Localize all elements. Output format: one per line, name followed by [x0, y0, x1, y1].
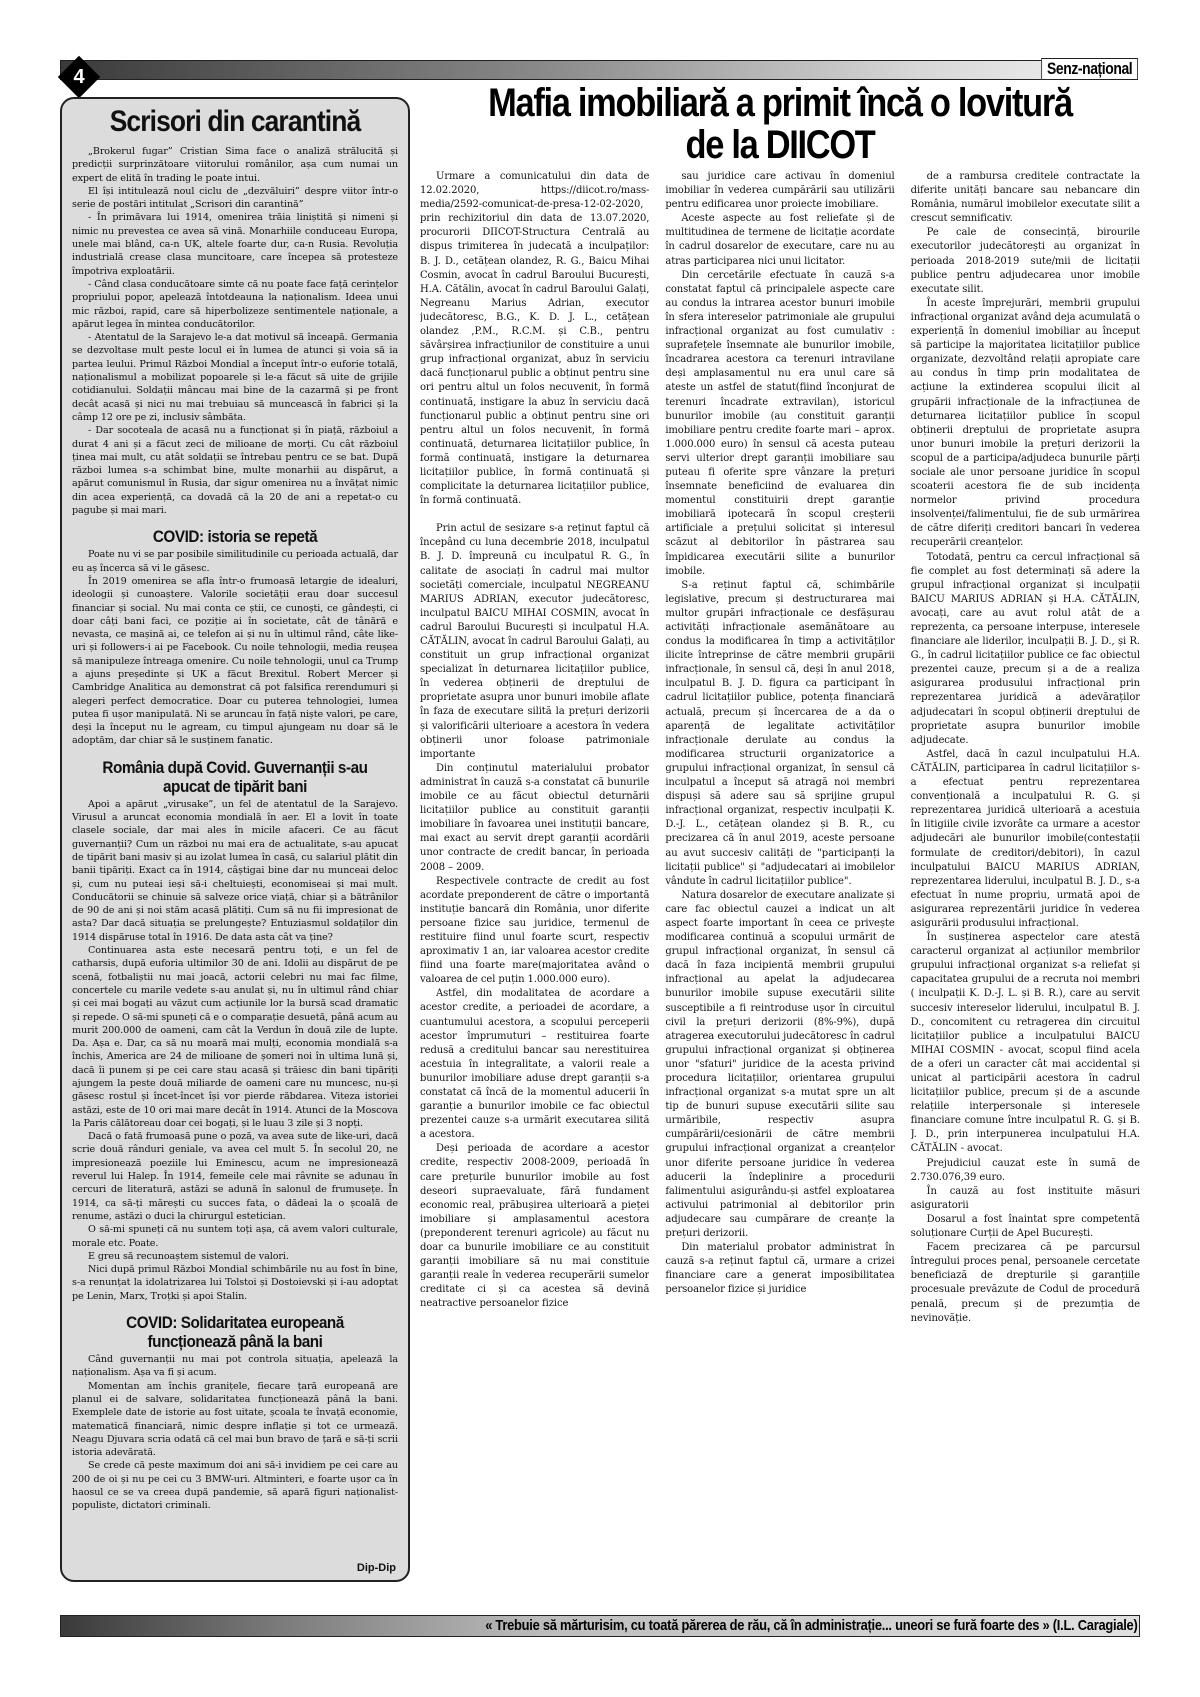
article-paragraph: Prin actul de sesizare s-a reținut faptu…	[420, 522, 649, 762]
header-bar	[60, 60, 1138, 80]
article-paragraph: Respectivele contracte de credit au fost…	[420, 875, 649, 988]
article-column-2: sau juridice care activau în domeniul im…	[665, 170, 894, 1590]
article-paragraph: În susținerea aspectelor care atestă car…	[911, 931, 1140, 1157]
sidebar-paragraph: Se crede că peste maximum doi ani să-i i…	[72, 1459, 398, 1512]
page-number: 4	[64, 62, 94, 92]
sidebar-paragraph: - În primăvara lui 1914, omenirea trăia …	[72, 211, 398, 277]
article-column-3: de a rambursa creditele contractate la d…	[911, 170, 1140, 1590]
article-paragraph: Dosarul a fost înaintat spre competentă …	[911, 1213, 1140, 1241]
sidebar-paragraph: „Brokerul fugar” Cristian Sima face o an…	[72, 145, 398, 185]
sidebar-paragraph: - Dar socoteala de acasă nu a funcționat…	[72, 424, 398, 517]
article-paragraph: Din conținutul materialului probator adm…	[420, 762, 649, 875]
sidebar-paragraph: Apoi a apărut „virusake”, un fel de aten…	[72, 798, 398, 944]
sidebar-paragraph: Nici după primul Război Mondial schimbăr…	[72, 1263, 398, 1303]
article-paragraph: În cauză au fost instituite măsuri asigu…	[911, 1185, 1140, 1213]
sidebar-title: Scrisori din carantină	[92, 105, 379, 139]
article-paragraph: Astfel, dacă în cazul inculpatului H.A. …	[911, 748, 1140, 931]
author-signature: Dip-Dip	[357, 1562, 396, 1574]
main-headline: Mafia imobiliară a primit încă o lovitur…	[470, 82, 1089, 166]
sidebar-subheading: COVID: Solidaritatea europeană funcțione…	[88, 1313, 381, 1351]
article-paragraph: Prejudiciul cauzat este în sumă de 2.730…	[911, 1157, 1140, 1185]
sidebar-subheading: România după Covid. Guvernanții s-au apu…	[88, 758, 381, 796]
article-paragraph: Din cercetările efectuate în cauză s-a c…	[665, 269, 894, 579]
article-paragraph: Totodată, pentru ca cercul infracțional …	[911, 551, 1140, 748]
sidebar-paragraph: E greu să recunoaștem sistemul de valori…	[72, 1250, 398, 1263]
sidebar-paragraph: Poate nu vi se par posibile similitudini…	[72, 548, 398, 575]
sidebar-paragraph: El își intitulează noul ciclu de „dezvăl…	[72, 185, 398, 212]
footer-quote: « Trebuie să mărturisim, cu toată părere…	[486, 1615, 1138, 1637]
article-paragraph: de a rambursa creditele contractate la d…	[911, 170, 1140, 226]
article-paragraph: S-a reținut faptul că, schimbările legis…	[665, 579, 894, 889]
article-paragraph: Astfel, din modalitatea de acordare a ac…	[420, 987, 649, 1142]
section-label: Senz-național	[1041, 58, 1138, 80]
sidebar-subheading: COVID: istoria se repetă	[88, 527, 381, 546]
sidebar-box: Scrisori din carantină „Brokerul fugar” …	[60, 97, 410, 1582]
article-paragraph: sau juridice care activau în domeniul im…	[665, 170, 894, 212]
article-body: Urmare a comunicatului din data de 12.02…	[420, 170, 1140, 1590]
article-paragraph: Aceste aspecte au fost reliefate și de m…	[665, 212, 894, 268]
sidebar-paragraph: Dacă o fată frumoasă pune o poză, va ave…	[72, 1130, 398, 1223]
article-paragraph: Natura dosarelor de executare analizate …	[665, 889, 894, 1241]
article-paragraph: În aceste împrejurări, membrii grupului …	[911, 297, 1140, 551]
sidebar-paragraph: O să-mi spuneți că nu suntem toți așa, c…	[72, 1223, 398, 1250]
sidebar-sections: „Brokerul fugar” Cristian Sima face o an…	[72, 145, 398, 1513]
article-paragraph: Din materialul probator administrat în c…	[665, 1241, 894, 1297]
sidebar-paragraph: - Când clasa conducătoare simte că nu po…	[72, 278, 398, 331]
sidebar-paragraph: Continuarea asta este necesară pentru to…	[72, 944, 398, 1130]
article-paragraph: Pe cale de consecință, birourile executo…	[911, 226, 1140, 296]
article-paragraph: Facem precizarea că pe parcursul întregu…	[911, 1241, 1140, 1326]
sidebar-paragraph: Momentan am închis granițele, fiecare ța…	[72, 1380, 398, 1460]
article-column-1: Urmare a comunicatului din data de 12.02…	[420, 170, 649, 1590]
sidebar-paragraph: Când guvernanții nu mai pot controla sit…	[72, 1353, 398, 1380]
sidebar-paragraph: În 2019 omenirea se afla într-o frumoasă…	[72, 575, 398, 748]
article-paragraph: Deși perioada de acordare a acestor cred…	[420, 1142, 649, 1311]
article-paragraph: Urmare a comunicatului din data de 12.02…	[420, 170, 649, 508]
sidebar-paragraph: - Atentatul de la Sarajevo le-a dat moti…	[72, 331, 398, 424]
